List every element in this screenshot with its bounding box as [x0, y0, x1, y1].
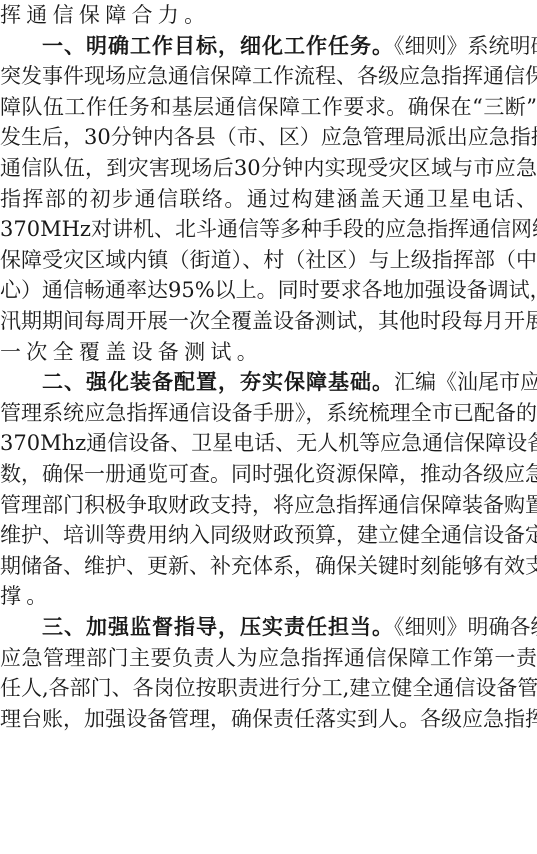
paragraph-line: 通信队伍，到灾害现场后30分钟内实现受灾区域与市应急: [0, 153, 537, 183]
paragraph-line: 一次全覆盖设备测试。: [0, 337, 263, 367]
line-text: 期储备、维护、更新、补充体系，确保关键时刻能够有效支: [0, 554, 537, 578]
line-text: 任人,各部门、各岗位按职责进行分工,建立健全通信设备管: [0, 676, 537, 700]
line-text: 突发事件现场应急通信保障工作流程、各级应急指挥通信保: [0, 64, 537, 88]
paragraph-line: 应急管理部门主要负责人为应急指挥通信保障工作第一责: [0, 643, 537, 673]
section-heading-line: 二、强化装备配置，夯实保障基础。汇编《汕尾市应急: [0, 367, 537, 397]
line-text: 370Mhz通信设备、卫星电话、无人机等应急通信保障设备底: [0, 431, 537, 455]
paragraph-line: 心）通信畅通率达95%以上。同时要求各地加强设备调试，: [0, 275, 537, 305]
line-text: 应急管理部门主要负责人为应急指挥通信保障工作第一责: [0, 646, 537, 670]
line-text: 一次全覆盖设备测试。: [0, 340, 263, 364]
paragraph-line: 期储备、维护、更新、补充体系，确保关键时刻能够有效支: [0, 551, 537, 581]
line-text: 数，确保一册通览可查。同时强化资源保障，推动各级应急: [0, 462, 537, 486]
line-text: 管理系统应急指挥通信设备手册》，系统梳理全市已配备的: [0, 401, 537, 425]
paragraph-line: 保障受灾区域内镇（街道）、村（社区）与上级指挥部（中: [0, 245, 537, 275]
paragraph-line: 挥通信保障合力。: [0, 0, 210, 30]
paragraph-line: 管理部门积极争取财政支持，将应急指挥通信保障装备购置: [0, 490, 537, 520]
line-text: 发生后，30分钟内各县（市、区）应急管理局派出应急指挥: [0, 125, 537, 149]
line-text: 挥通信保障合力。: [0, 3, 210, 27]
section-heading: 二、强化装备配置，夯实保障基础。: [42, 370, 394, 394]
paragraph-line: 370Mhz通信设备、卫星电话、无人机等应急通信保障设备底: [0, 428, 537, 458]
paragraph-line: 任人,各部门、各岗位按职责进行分工,建立健全通信设备管: [0, 673, 537, 703]
paragraph-line: 突发事件现场应急通信保障工作流程、各级应急指挥通信保: [0, 61, 537, 91]
line-text: 汇编《汕尾市应急: [394, 370, 537, 394]
paragraph-line: 发生后，30分钟内各县（市、区）应急管理局派出应急指挥: [0, 122, 537, 152]
paragraph-line: 理台账，加强设备管理，确保责任落实到人。各级应急指挥: [0, 704, 537, 734]
line-text: 撑。: [0, 584, 53, 608]
section-heading: 一、明确工作目标，细化工作任务。: [42, 34, 394, 58]
line-text: 指挥部的初步通信联络。通过构建涵盖天通卫星电话、: [0, 187, 537, 211]
line-text: 370MHz对讲机、北斗通信等多种手段的应急指挥通信网络，: [0, 217, 537, 241]
section-heading: 三、加强监督指导，压实责任担当。: [42, 615, 394, 639]
line-text: 维护、培训等费用纳入同级财政预算，建立健全通信设备定: [0, 523, 537, 547]
paragraph-line: 维护、培训等费用纳入同级财政预算，建立健全通信设备定: [0, 520, 537, 550]
paragraph-line: 数，确保一册通览可查。同时强化资源保障，推动各级应急: [0, 459, 537, 489]
section-heading-line: 一、明确工作目标，细化工作任务。《细则》系统明确: [0, 31, 537, 61]
paragraph-line: 370MHz对讲机、北斗通信等多种手段的应急指挥通信网络，: [0, 214, 537, 244]
line-text: 《细则》明确各级: [394, 615, 537, 639]
line-text: 保障受灾区域内镇（街道）、村（社区）与上级指挥部（中: [0, 248, 537, 272]
paragraph-line: 指挥部的初步通信联络。通过构建涵盖天通卫星电话、: [0, 184, 537, 214]
line-text: 理台账，加强设备管理，确保责任落实到人。各级应急指挥: [0, 707, 537, 731]
line-text: 心）通信畅通率达95%以上。同时要求各地加强设备调试，: [0, 278, 537, 302]
paragraph-line: 汛期期间每周开展一次全覆盖设备测试，其他时段每月开展: [0, 306, 537, 336]
line-text: 汛期期间每周开展一次全覆盖设备测试，其他时段每月开展: [0, 309, 537, 333]
line-text: 《细则》系统明确: [394, 34, 537, 58]
line-text: 管理部门积极争取财政支持，将应急指挥通信保障装备购置: [0, 493, 537, 517]
line-text: 通信队伍，到灾害现场后30分钟内实现受灾区域与市应急: [0, 156, 537, 180]
paragraph-line: 管理系统应急指挥通信设备手册》，系统梳理全市已配备的: [0, 398, 537, 428]
paragraph-line: 障队伍工作任务和基层通信保障工作要求。确保在“三断”: [0, 92, 537, 122]
section-heading-line: 三、加强监督指导，压实责任担当。《细则》明确各级: [0, 612, 537, 642]
line-text: 障队伍工作任务和基层通信保障工作要求。确保在“三断”: [0, 95, 537, 119]
paragraph-line: 撑。: [0, 581, 53, 611]
